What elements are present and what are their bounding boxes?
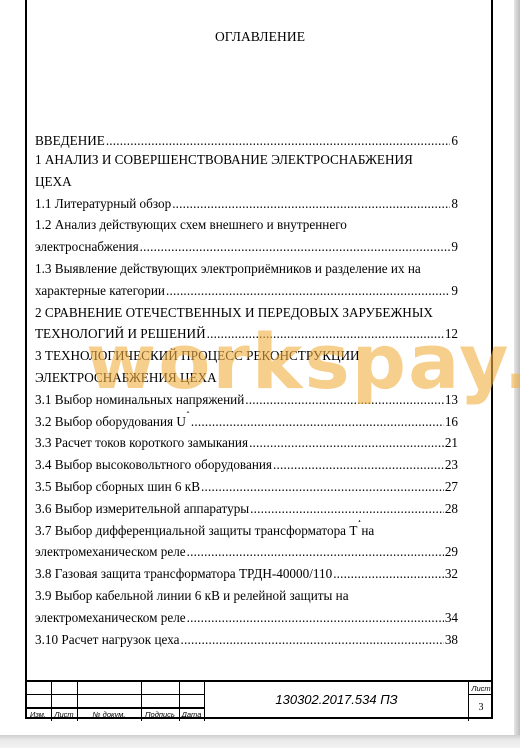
toc-entry-title: 2 СРАВНЕНИЕ ОТЕЧЕСТВЕННЫХ И ПЕРЕДОВЫХ ЗА… bbox=[35, 302, 433, 324]
toc-entry[interactable]: электромеханическом реле 34 bbox=[35, 607, 458, 629]
toc-entry-page: 28 bbox=[445, 498, 458, 520]
toc-entry[interactable]: ТЕХНОЛОГИЙ И РЕШЕНИЙ 12 bbox=[35, 323, 458, 345]
toc-entry[interactable]: ЭЛЕКТРОСНАБЖЕНИЯ ЦЕХА bbox=[35, 367, 458, 389]
col-label-date: Дата bbox=[179, 709, 204, 720]
toc-entry-page: 13 bbox=[445, 389, 458, 411]
toc-leader-dots bbox=[245, 389, 444, 411]
toc-entry-page: 21 bbox=[445, 432, 458, 454]
toc-entry-page: 38 bbox=[445, 629, 458, 651]
col-label-signature: Подпись bbox=[141, 709, 179, 720]
toc-entry-page: 32 bbox=[445, 563, 458, 585]
toc-entry[interactable]: 3.9 Выбор кабельной линии 6 кВ и релейно… bbox=[35, 585, 458, 607]
toc-entry[interactable]: 3.10 Расчет нагрузок цеха 38 bbox=[35, 629, 458, 651]
toc-entry[interactable]: ЦЕХА bbox=[35, 171, 458, 193]
toc-entry-title: 3.10 Расчет нагрузок цеха bbox=[35, 629, 179, 651]
toc-entry-page: 34 bbox=[445, 607, 458, 629]
toc-entry[interactable]: электроснабжения9 bbox=[35, 236, 458, 258]
toc-entry-page: 27 bbox=[445, 476, 458, 498]
toc-entry[interactable]: характерные категории 9 bbox=[35, 280, 458, 302]
toc-entry-title: 3.7 Выбор дифференциальной защиты трансф… bbox=[35, 520, 357, 542]
toc-entry-title: 3.3 Расчет токов короткого замыкания bbox=[35, 432, 248, 454]
toc-leader-dots bbox=[249, 432, 444, 454]
toc-entry-page: 8 bbox=[451, 193, 458, 215]
toc-entry[interactable]: 3.3 Расчет токов короткого замыкания 21 bbox=[35, 432, 458, 454]
document-number: 130302.2017.534 ПЗ bbox=[205, 688, 468, 712]
sheet-number: 3 bbox=[469, 699, 493, 717]
toc-entry-title: 3.6 Выбор измерительной аппаратуры bbox=[35, 498, 249, 520]
page-shadow-right bbox=[514, 0, 520, 735]
toc-entry-title: 3.5 Выбор сборных шин 6 кВ bbox=[35, 476, 200, 498]
toc-entry-page: 29 bbox=[445, 541, 458, 563]
toc-entry-title: 3.2 Выбор оборудования U bbox=[35, 411, 186, 433]
toc-entry-title: 3 ТЕХНОЛОГИЧЕСКИЙ ПРОЦЕСС РЕКОНСТРУКЦИИ bbox=[35, 345, 360, 367]
toc-entry-title: 1.1 Литературный обзор bbox=[35, 193, 171, 215]
toc-entry-title-tail: на bbox=[361, 520, 374, 542]
col-label-sheet: Лист bbox=[51, 709, 77, 720]
toc-entry-title: 1 АНАЛИЗ И СОВЕРШЕНСТВОВАНИЕ ЭЛЕКТРОСНАБ… bbox=[35, 149, 413, 171]
page-shadow-bottom bbox=[0, 735, 520, 748]
toc-entry-title: 1.3 Выявление действующих электроприёмни… bbox=[35, 258, 421, 280]
toc-leader-dots bbox=[180, 629, 443, 651]
toc-entry[interactable]: 3 ТЕХНОЛОГИЧЕСКИЙ ПРОЦЕСС РЕКОНСТРУКЦИИ bbox=[35, 345, 458, 367]
toc-entry-title: 3.1 Выбор номинальных напряжений bbox=[35, 389, 244, 411]
toc-leader-dots bbox=[333, 563, 444, 585]
toc-entry-title: 3.9 Выбор кабельной линии 6 кВ и релейно… bbox=[35, 585, 349, 607]
toc-leader-dots bbox=[273, 454, 444, 476]
toc-entry-page: 16 bbox=[445, 411, 458, 433]
toc-leader-dots bbox=[187, 607, 444, 629]
toc-entry[interactable]: 1.3 Выявление действующих электроприёмни… bbox=[35, 258, 458, 280]
toc-leader-dots bbox=[207, 323, 444, 345]
toc-entry-title: 3.4 Выбор высоковольтного оборудования bbox=[35, 454, 272, 476]
toc-entry-page: 6 bbox=[451, 132, 458, 149]
toc-entry[interactable]: 3.7 Выбор дифференциальной защиты трансф… bbox=[35, 520, 458, 542]
col-label-doc-number: № докум. bbox=[77, 709, 141, 720]
toc-entry-page: 9 bbox=[451, 236, 458, 258]
toc-entry-title: ТЕХНОЛОГИЙ И РЕШЕНИЙ bbox=[35, 323, 206, 345]
title-block: Изм. Лист № докум. Подпись Дата 130302.2… bbox=[25, 680, 493, 721]
sheet-label: Лист bbox=[469, 683, 493, 694]
table-of-contents: ВВЕДЕНИЕ61 АНАЛИЗ И СОВЕРШЕНСТВОВАНИЕ ЭЛ… bbox=[35, 132, 458, 650]
toc-entry[interactable]: 1.1 Литературный обзор8 bbox=[35, 193, 458, 215]
toc-leader-dots bbox=[106, 132, 451, 149]
toc-entry-title: ВВЕДЕНИЕ bbox=[35, 132, 105, 149]
toc-entry[interactable]: 3.1 Выбор номинальных напряжений 13 bbox=[35, 389, 458, 411]
toc-entry-page: 23 bbox=[445, 454, 458, 476]
toc-entry-title: электромеханическом реле bbox=[35, 541, 186, 563]
toc-leader-dots bbox=[172, 193, 450, 215]
toc-entry-page: 9 bbox=[451, 280, 458, 302]
sheet-divider bbox=[468, 694, 493, 695]
col-label-change: Изм. bbox=[25, 709, 51, 720]
toc-entry[interactable]: ВВЕДЕНИЕ6 bbox=[35, 132, 458, 149]
toc-entry[interactable]: 3.8 Газовая защита трансформатора ТРДН-4… bbox=[35, 563, 458, 585]
toc-leader-dots bbox=[140, 236, 451, 258]
toc-entry[interactable]: 1.2 Анализ действующих схем внешнего и в… bbox=[35, 214, 458, 236]
toc-entry-title: электромеханическом реле bbox=[35, 607, 186, 629]
toc-leader-dots bbox=[201, 476, 444, 498]
toc-entry-subscript: 1 bbox=[186, 411, 190, 433]
toc-entry[interactable]: 3.2 Выбор оборудования U116 bbox=[35, 411, 458, 433]
toc-leader-dots bbox=[166, 280, 450, 302]
toc-entry-title: электроснабжения bbox=[35, 236, 139, 258]
toc-entry[interactable]: 3.6 Выбор измерительной аппаратуры28 bbox=[35, 498, 458, 520]
toc-entry-title: 1.2 Анализ действующих схем внешнего и в… bbox=[35, 214, 347, 236]
toc-leader-dots bbox=[187, 541, 444, 563]
toc-entry[interactable]: электромеханическом реле 29 bbox=[35, 541, 458, 563]
toc-entry-title: характерные категории bbox=[35, 280, 165, 302]
toc-entry-page: 12 bbox=[445, 323, 458, 345]
toc-entry-title: 3.8 Газовая защита трансформатора ТРДН-4… bbox=[35, 563, 332, 585]
toc-entry[interactable]: 3.5 Выбор сборных шин 6 кВ27 bbox=[35, 476, 458, 498]
toc-leader-dots bbox=[250, 498, 444, 520]
toc-leader-dots bbox=[191, 411, 444, 433]
toc-entry[interactable]: 3.4 Выбор высоковольтного оборудования 2… bbox=[35, 454, 458, 476]
toc-entry[interactable]: 2 СРАВНЕНИЕ ОТЕЧЕСТВЕННЫХ И ПЕРЕДОВЫХ ЗА… bbox=[35, 302, 458, 324]
toc-entry[interactable]: 1 АНАЛИЗ И СОВЕРШЕНСТВОВАНИЕ ЭЛЕКТРОСНАБ… bbox=[35, 149, 458, 171]
toc-entry-title: ЭЛЕКТРОСНАБЖЕНИЯ ЦЕХА bbox=[35, 367, 217, 389]
page-title: ОГЛАВЛЕНИЕ bbox=[0, 29, 520, 45]
toc-entry-title: ЦЕХА bbox=[35, 171, 72, 193]
